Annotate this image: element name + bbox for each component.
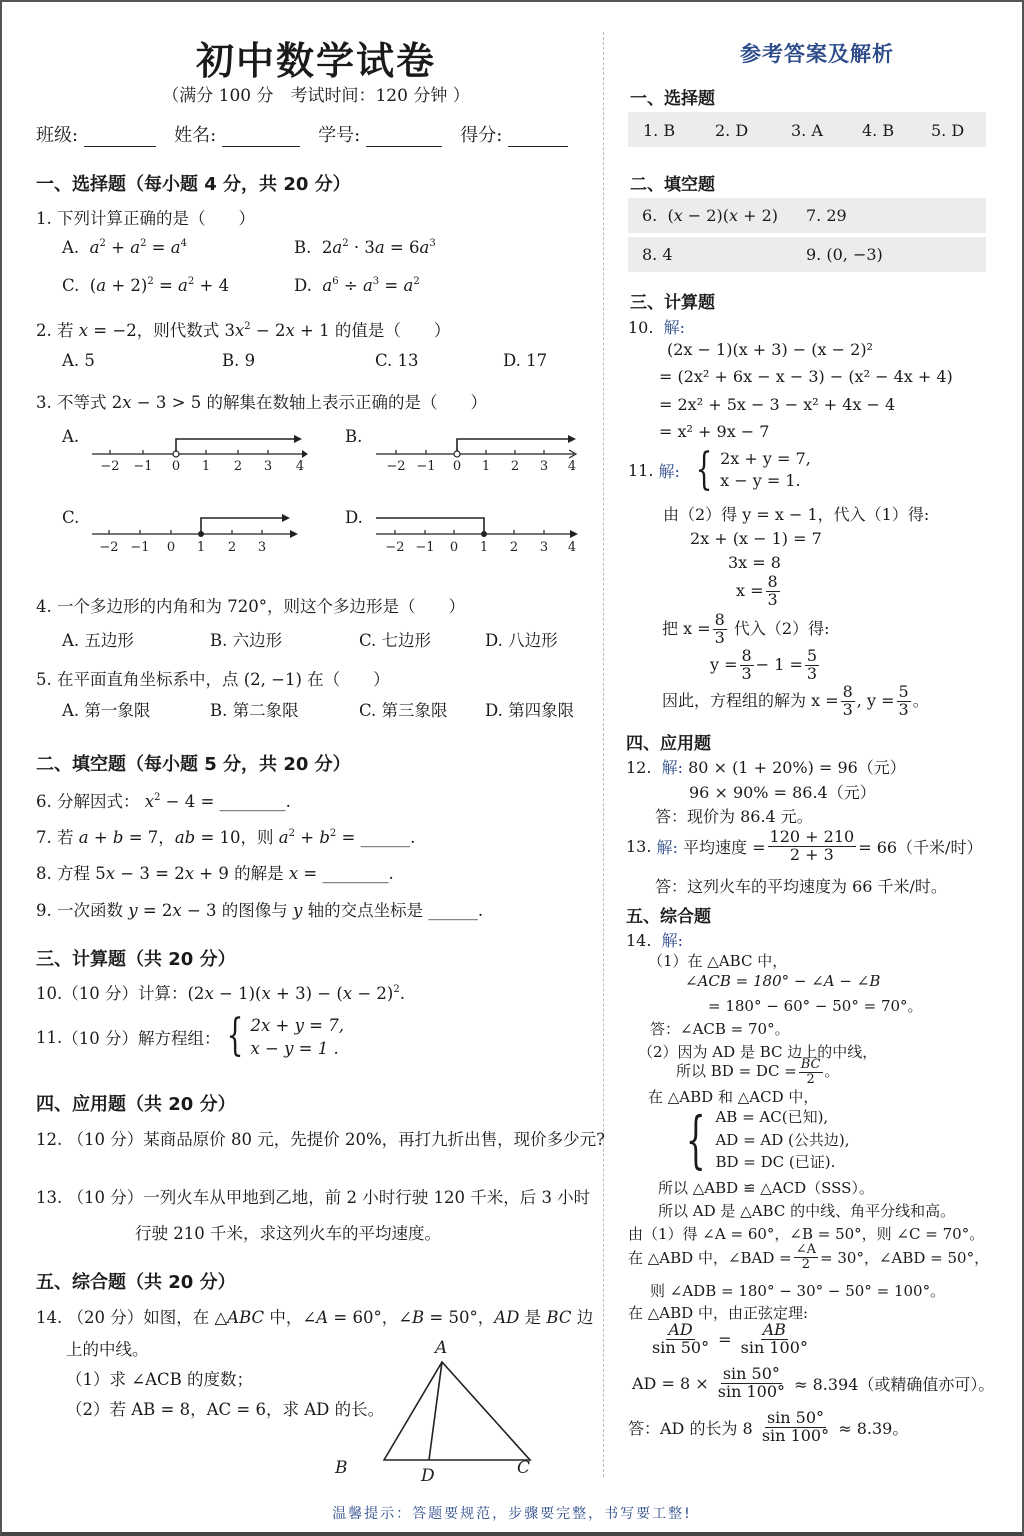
svg-text:3: 3: [258, 540, 266, 555]
footer-tip: 温馨提示：答题要规范，步骤要完整，书写要工整!: [0, 1503, 1024, 1523]
q3-option-d-label: D.: [345, 508, 363, 527]
q4-stem: 4. 一个多边形的内角和为 720°，则这个多边形是（ ）: [36, 593, 465, 617]
answer-14-p2-line2: 所以 BD = DC =BC2。: [676, 1058, 840, 1086]
q6: 6. 分解因式： x2 − 4 = ________.: [36, 788, 291, 812]
answer-11-conclusion: 因此，方程组的解为 x =83, y =53。: [662, 684, 929, 719]
section-1-heading: 一、选择题（每小题 4 分，共 20 分）: [36, 170, 351, 196]
svg-text:1: 1: [197, 540, 205, 555]
answer-10-line4: = x² + 9x − 7: [659, 422, 769, 441]
svg-text:−1: −1: [415, 540, 434, 555]
q4-option-d: D. 八边形: [485, 627, 558, 651]
q3-option-b-label: B.: [345, 427, 362, 446]
svg-text:2: 2: [510, 540, 518, 555]
answer-10-line1: (2x − 1)(x + 3) − (x − 2)²: [667, 340, 873, 359]
q6-answer-blank[interactable]: ________: [220, 792, 286, 811]
answer-3: 3. A: [791, 121, 823, 140]
q9: 9. 一次函数 y = 2x − 3 的图像与 y 轴的交点坐标是 ______…: [36, 897, 483, 921]
answer-11-system: {2x + y = 7,x − y = 1.: [690, 448, 811, 493]
answers-title: 参考答案及解析: [612, 38, 1022, 68]
q14-line2: 上的中线。: [66, 1336, 149, 1360]
q8-answer-blank[interactable]: ________: [322, 864, 388, 883]
answer-14-p2-line7: 在 △ABD 中，∠BAD =∠A2= 30°，∠ABD = 50°，: [628, 1243, 989, 1271]
answer-14-label: 14. 解:: [626, 928, 683, 951]
answer-14-p2-line6: 由（1）得 ∠A = 60°，∠B = 50°，则 ∠C = 70°。: [628, 1223, 984, 1244]
q2-option-d: D. 17: [503, 351, 547, 370]
answer-14-congruence-system: { AB = AC(已知), AD = AD (公共边), BD = DC (已…: [676, 1106, 850, 1174]
svg-text:−2: −2: [99, 540, 118, 555]
q3-stem: 3. 不等式 2x − 3 > 5 的解集在数轴上表示正确的是（ ）: [36, 389, 487, 413]
q3-option-b-number-line: −2−101234: [372, 428, 587, 478]
answers-section-4-heading: 四、应用题: [626, 729, 711, 754]
answer-14-p1-answer: 答：∠ACB = 70°。: [650, 1018, 790, 1039]
answers-section-1-heading: 一、选择题: [630, 84, 715, 109]
svg-text:−2: −2: [385, 540, 404, 555]
answer-12-line2: 96 × 90% = 86.4（元）: [689, 780, 876, 803]
answer-4: 4. B: [862, 121, 894, 140]
vertex-b-label: B: [334, 1458, 348, 1478]
q2-option-a: A. 5: [62, 351, 95, 370]
student-id-field: 学号:: [318, 121, 442, 147]
name-field: 姓名:: [174, 121, 300, 147]
answer-11-step5: 把 x =83 代入（2）得:: [662, 612, 829, 647]
q5-option-d: D. 第四象限: [485, 697, 574, 721]
answer-14-sine-law: ADsin 50° = ABsin 100°: [648, 1322, 812, 1357]
q4-option-b: B. 六边形: [210, 627, 282, 651]
svg-text:3: 3: [264, 459, 272, 474]
answer-14-p2-line8: 则 ∠ADB = 180° − 30° − 50° = 100°。: [650, 1280, 945, 1301]
answers-section-2-heading: 二、填空题: [630, 170, 715, 195]
answer-6: 6. (x − 2)(x + 2): [642, 206, 778, 225]
answer-11-step4: x =83: [736, 574, 782, 609]
answers-section-3-heading: 三、计算题: [630, 288, 715, 313]
vertex-c-label: C: [517, 1458, 530, 1478]
svg-text:3: 3: [540, 459, 548, 474]
student-info-row: 班级: 姓名: 学号: 得分:: [36, 121, 596, 147]
answer-14-ad-value: AD = 8 × sin 50°sin 100° ≈ 8.394（或精确值亦可）…: [632, 1366, 994, 1401]
answer-10-line2: = (2x² + 6x − x − 3) − (x² − 4x + 4): [659, 367, 953, 386]
svg-text:4: 4: [296, 459, 304, 474]
vertex-d-label: D: [420, 1466, 435, 1485]
answer-9: 9. (0, −3): [806, 245, 883, 264]
q10: 10.（10 分）计算：(2x − 1)(x + 3) − (x − 2)2.: [36, 980, 405, 1004]
svg-text:0: 0: [167, 540, 175, 555]
section-2-heading: 二、填空题（每小题 5 分，共 20 分）: [36, 750, 351, 776]
answer-11-step1: 由（2）得 y = x − 1，代入（1）得:: [663, 502, 929, 525]
answer-11-step3: 3x = 8: [728, 553, 781, 572]
svg-text:1: 1: [202, 459, 210, 474]
svg-text:2: 2: [234, 459, 242, 474]
svg-text:2: 2: [228, 540, 236, 555]
name-blank[interactable]: [222, 127, 300, 147]
q5-stem: 5. 在平面直角坐标系中，点 (2, −1) 在（ ）: [36, 666, 390, 690]
q3-option-c-number-line: −2−10123: [88, 508, 303, 560]
q7: 7. 若 a + b = 7，ab = 10，则 a2 + b2 = _____…: [36, 824, 415, 848]
answers-section-5-heading: 五、综合题: [626, 902, 711, 927]
answer-14-final: 答：AD 的长为 8 sin 50°sin 100° ≈ 8.39。: [628, 1410, 908, 1445]
q3-option-a-number-line: −2−101234: [88, 428, 308, 478]
student-id-label: 学号:: [318, 121, 360, 147]
section-3-heading: 三、计算题（共 20 分）: [36, 945, 236, 971]
q3-option-a-label: A.: [62, 427, 79, 446]
answer-11-step2: 2x + (x − 1) = 7: [690, 529, 822, 548]
answer-14-p1: （1）在 △ABC 中，: [648, 950, 787, 971]
svg-text:−2: −2: [386, 459, 405, 474]
svg-text:0: 0: [172, 459, 180, 474]
exam-title: 初中数学试卷: [0, 30, 632, 85]
answer-14-p1-line2: ∠ACB = 180° − ∠A − ∠B: [685, 972, 880, 990]
q13-line1: 13. （10 分）一列火车从甲地到乙地，前 2 小时行驶 120 千米，后 3…: [36, 1184, 590, 1208]
q1-option-c: C. (a + 2)2 = a2 + 4: [62, 276, 229, 295]
svg-text:0: 0: [453, 459, 461, 474]
q3-option-d-number-line: −2−101234: [372, 508, 587, 560]
score-field: 得分:: [460, 121, 568, 147]
exam-subtitle: （满分 100 分 考试时间：120 分钟 ）: [0, 81, 632, 106]
q12: 12. （10 分）某商品原价 80 元，先提价 20%，再打九折出售，现价多少…: [36, 1126, 605, 1150]
name-label: 姓名:: [174, 121, 216, 147]
answer-11-step6: y =83− 1 =53: [710, 648, 821, 683]
svg-text:4: 4: [568, 540, 576, 555]
q5-option-b: B. 第二象限: [210, 697, 299, 721]
class-label: 班级:: [36, 121, 78, 147]
q1-option-b: B. 2a2 · 3a = 6a3: [294, 238, 436, 257]
svg-text:−1: −1: [130, 540, 149, 555]
q14-sub1: （1）求 ∠ACB 的度数；: [66, 1366, 253, 1390]
svg-text:0: 0: [450, 540, 458, 555]
answer-1: 1. B: [643, 121, 675, 140]
answer-14-p2-line3: 在 △ABD 和 △ACD 中，: [648, 1086, 818, 1107]
answer-5: 5. D: [931, 121, 964, 140]
score-label: 得分:: [460, 121, 502, 147]
score-blank[interactable]: [508, 127, 568, 147]
q11-equation-system: {2x + y = 7,x − y = 1 .: [221, 1014, 345, 1060]
class-field: 班级:: [36, 121, 156, 147]
answer-7: 7. 29: [806, 206, 847, 225]
q3-option-c-label: C.: [62, 508, 79, 527]
q2-stem: 2. 若 x = −2，则代数式 3x2 − 2x + 1 的值是（ ）: [36, 317, 450, 341]
q13-line2: 行驶 210 千米，求这列火车的平均速度。: [135, 1220, 441, 1244]
answer-10-line3: = 2x² + 5x − 3 − x² + 4x − 4: [659, 395, 895, 414]
svg-text:−1: −1: [416, 459, 435, 474]
student-id-blank[interactable]: [366, 127, 442, 147]
answer-12-answer: 答：现价为 86.4 元。: [655, 804, 813, 827]
q1-option-d: D. a6 ÷ a3 = a2: [294, 276, 420, 295]
q14-line1: 14. （20 分）如图，在 △ABC 中，∠A = 60°，∠B = 50°，…: [36, 1304, 593, 1328]
answer-14-p1-line3: = 180° − 60° − 50° = 70°。: [708, 995, 923, 1016]
q2-option-b: B. 9: [222, 351, 255, 370]
svg-text:−2: −2: [100, 459, 119, 474]
q14-triangle-figure: A B D C: [325, 1335, 540, 1485]
svg-text:3: 3: [540, 540, 548, 555]
answer-8: 8. 4: [642, 245, 673, 264]
q2-option-c: C. 13: [375, 351, 419, 370]
q9-answer-blank[interactable]: ______: [428, 901, 478, 920]
q4-option-a: A. 五边形: [62, 627, 134, 651]
answer-13-answer: 答：这列火车的平均速度为 66 千米/时。: [655, 874, 947, 897]
q1-option-a: A. a2 + a2 = a4: [62, 238, 187, 257]
section-5-heading: 五、综合题（共 20 分）: [36, 1268, 236, 1294]
q8: 8. 方程 5x − 3 = 2x + 9 的解是 x = ________.: [36, 860, 394, 884]
section-4-heading: 四、应用题（共 20 分）: [36, 1090, 236, 1116]
svg-text:2: 2: [511, 459, 519, 474]
svg-text:4: 4: [568, 459, 576, 474]
q1-stem: 1. 下列计算正确的是（ ）: [36, 205, 255, 229]
answer-11-header: 11. 解: {2x + y = 7,x − y = 1.: [628, 448, 811, 493]
answer-13-line1: 13. 解: 平均速度 =120 + 2102 + 3= 66（千米/时）: [626, 829, 982, 864]
q5-option-a: A. 第一象限: [62, 697, 150, 721]
q11: 11.（10 分）解方程组： {2x + y = 7,x − y = 1 .: [36, 1014, 344, 1060]
answer-14-p2-line4: 所以 △ABD ≌ △ACD（SSS）。: [658, 1177, 874, 1198]
svg-text:1: 1: [482, 459, 490, 474]
class-blank[interactable]: [84, 127, 156, 147]
svg-text:−1: −1: [133, 459, 152, 474]
column-divider: [603, 32, 604, 1477]
q7-answer-blank[interactable]: ______: [361, 828, 411, 847]
answer-14-p2-line5: 所以 AD 是 △ABC 的中线、角平分线和高。: [658, 1200, 955, 1221]
answer-10-label: 10. 解:: [628, 315, 685, 338]
answer-12-line1: 12. 解: 80 × (1 + 20%) = 96（元）: [626, 755, 906, 778]
answer-2: 2. D: [715, 121, 748, 140]
q5-option-c: C. 第三象限: [359, 697, 448, 721]
svg-text:1: 1: [480, 540, 488, 555]
vertex-a-label: A: [433, 1338, 447, 1358]
q4-option-c: C. 七边形: [359, 627, 431, 651]
